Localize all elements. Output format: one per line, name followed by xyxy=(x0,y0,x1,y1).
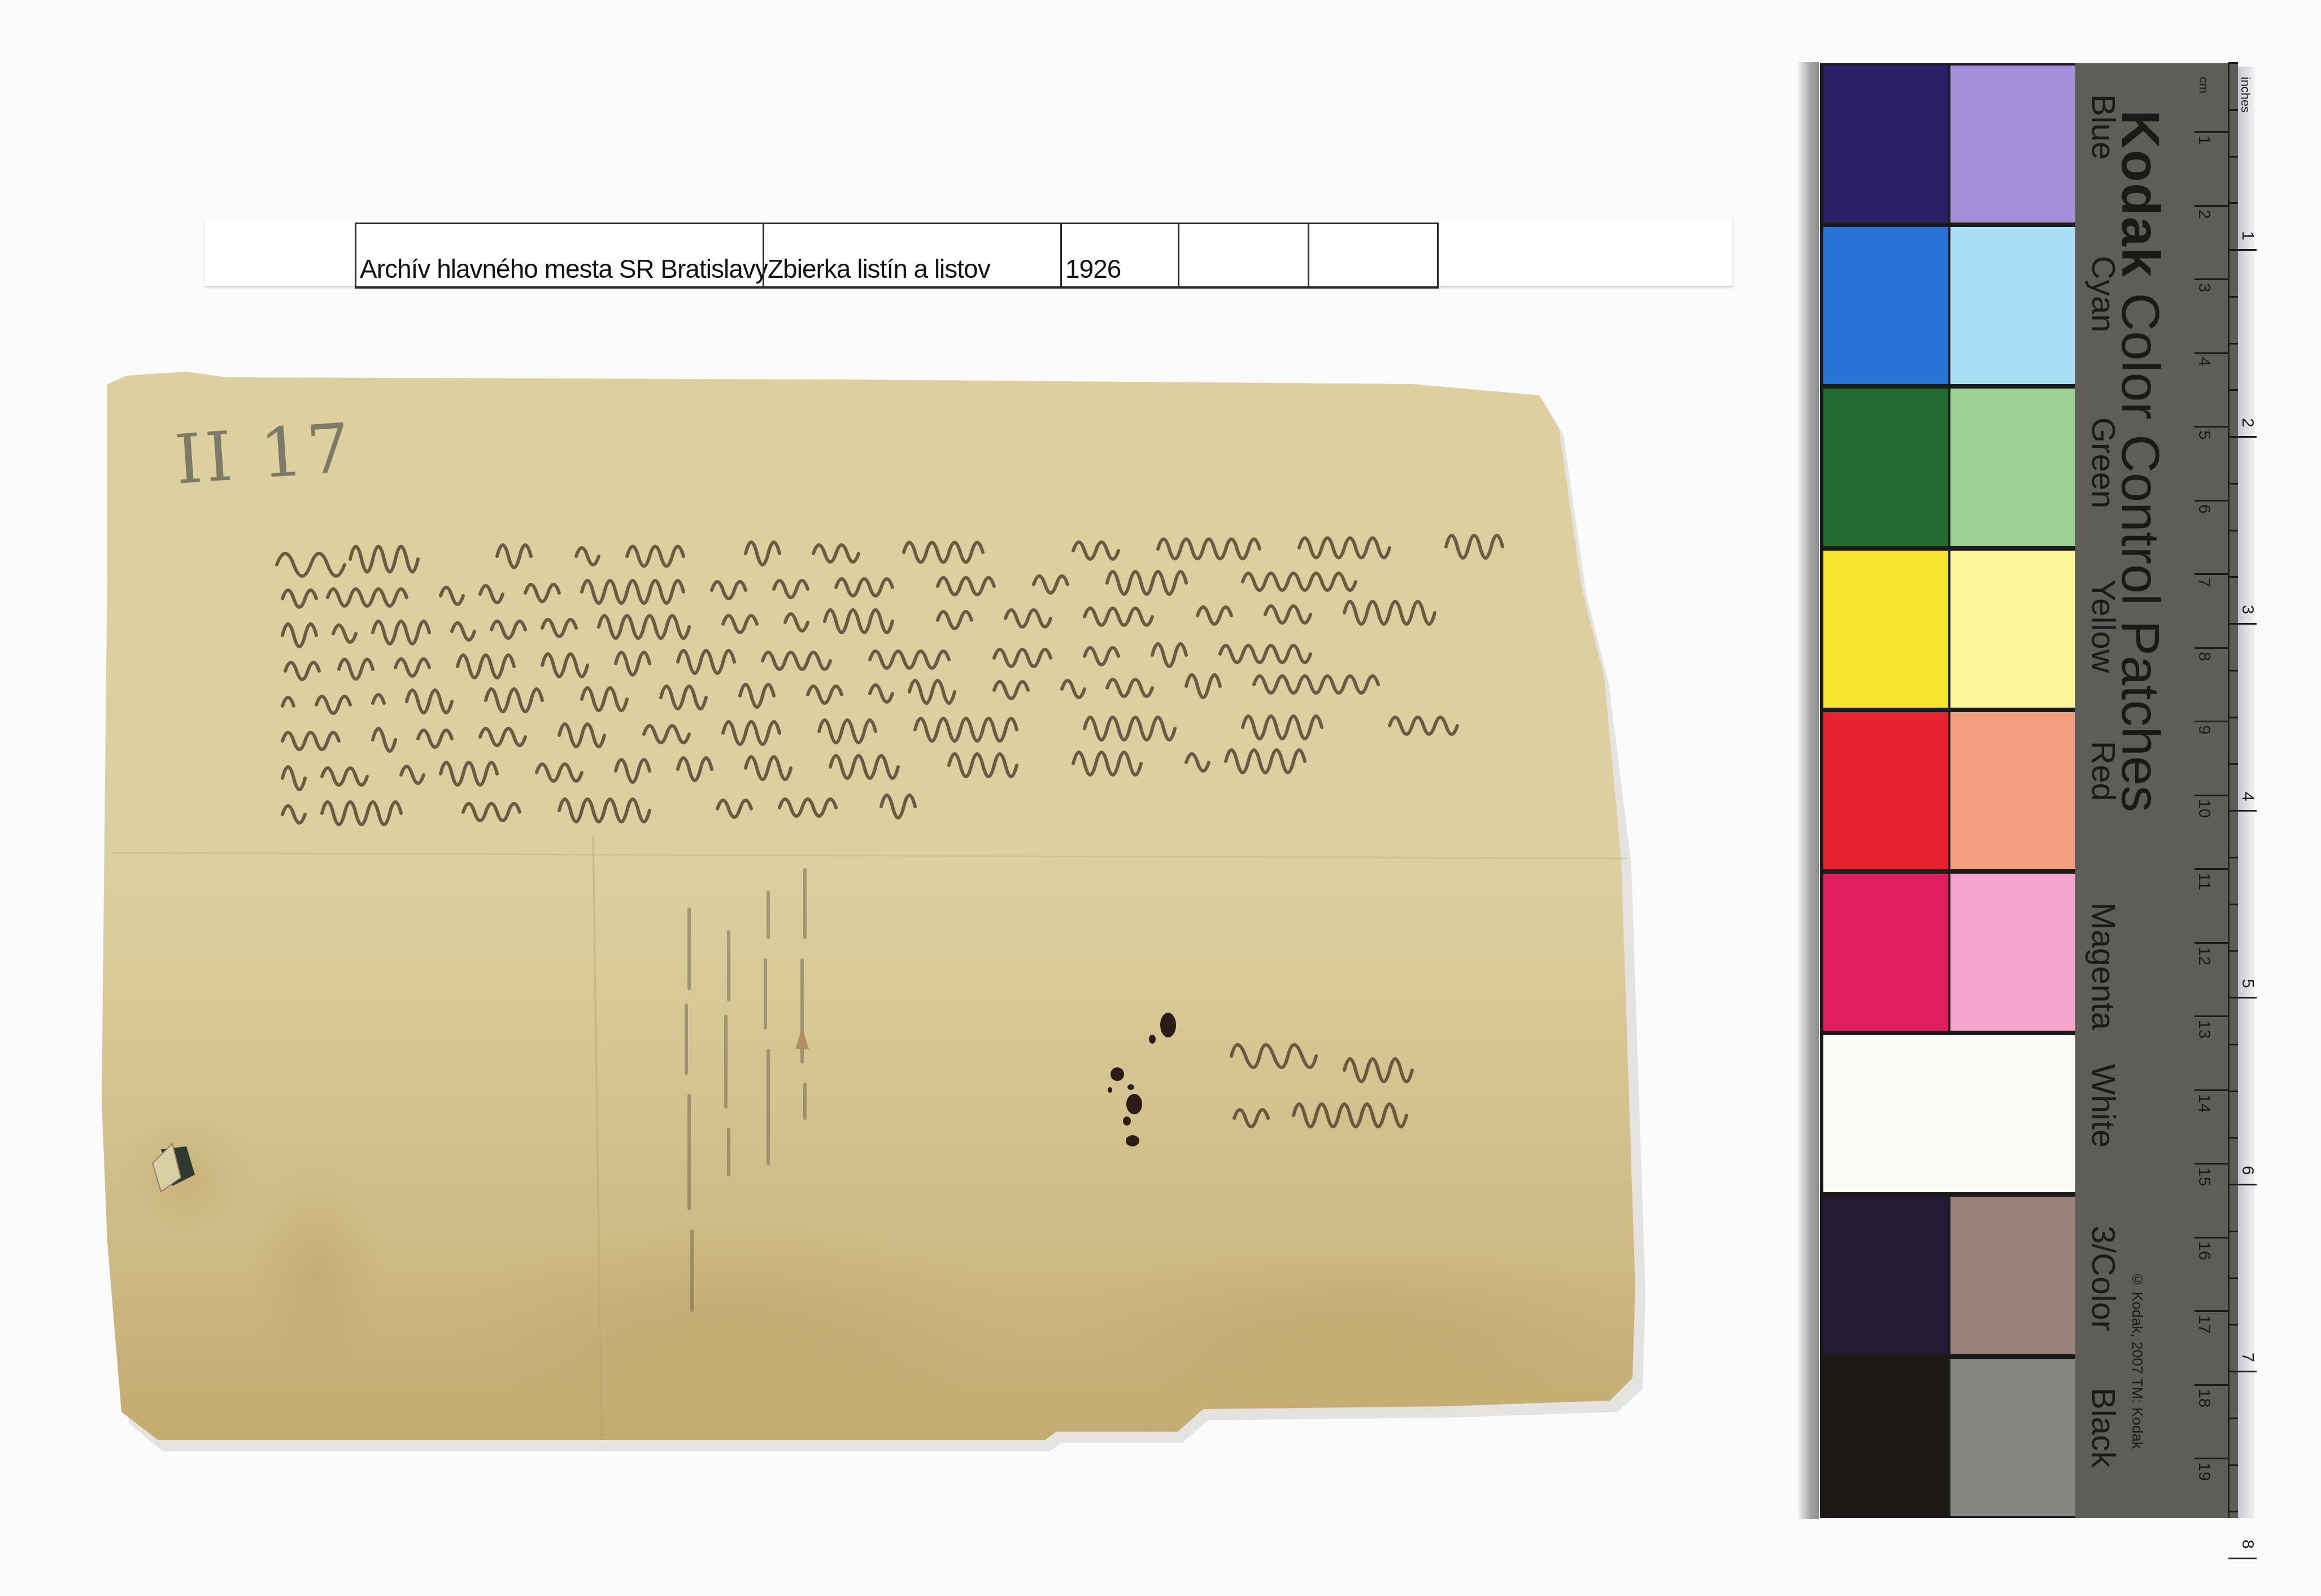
patch-label-green: Green xyxy=(2084,417,2122,508)
patch-black-dark xyxy=(1823,1359,1948,1516)
inch-minor-tick xyxy=(2228,1231,2238,1232)
cm-tick xyxy=(2194,795,2228,796)
cm-tick-label: 4 xyxy=(2194,357,2214,367)
patch-label-cyan: Cyan xyxy=(2084,256,2122,332)
inch-minor-tick xyxy=(2228,763,2238,765)
inch-tick xyxy=(2228,810,2257,812)
inch-minor-tick xyxy=(2228,1091,2238,1092)
cm-unit-label: cm xyxy=(2196,77,2211,93)
patch-red-light xyxy=(1950,712,2075,869)
inch-tick-label: 7 xyxy=(2238,1353,2257,1362)
shelfmark-label: II 17 xyxy=(173,409,356,500)
patch-cyan-dark xyxy=(1823,227,1948,384)
inch-tick xyxy=(2228,997,2257,998)
cm-tick xyxy=(2194,1458,2228,1459)
inch-tick-label: 1 xyxy=(2238,231,2257,241)
patch-blue-dark xyxy=(1823,66,1948,223)
patch-green-dark xyxy=(1823,389,1948,546)
cm-tick xyxy=(2194,868,2228,870)
inch-tick-label: 5 xyxy=(2238,979,2257,988)
inch-minor-tick xyxy=(2228,389,2238,391)
manuscript-line-6: werden ... willen ... vnd xyxy=(282,717,551,743)
signature-line-1: Fridrich Kepler xyxy=(1231,1034,1408,1059)
patch-3-color-light xyxy=(1950,1197,2075,1354)
patch-white xyxy=(1823,1035,2075,1192)
inch-tick xyxy=(2228,249,2257,251)
cm-tick xyxy=(2194,721,2228,722)
inch-minor-tick xyxy=(2228,1324,2238,1325)
patch-cyan-light xyxy=(1950,227,2075,384)
patch-label-yellow: Yellow xyxy=(2084,579,2122,673)
inch-minor-tick xyxy=(2228,1044,2238,1045)
inch-minor-tick xyxy=(2228,950,2238,952)
patch-label-3-color: 3/Color xyxy=(2084,1226,2122,1331)
patch-magenta-dark xyxy=(1823,874,1948,1031)
cm-tick-label: 18 xyxy=(2194,1389,2214,1407)
inch-minor-tick xyxy=(2228,483,2238,485)
color-card-shadow xyxy=(1796,62,1819,1519)
manuscript-line-3: das ... pressburg ... gewesen ist vnd ..… xyxy=(282,610,722,636)
inch-minor-tick xyxy=(2228,1464,2238,1466)
cm-tick-label: 15 xyxy=(2194,1167,2214,1186)
cm-tick xyxy=(2194,426,2228,428)
inch-minor-tick xyxy=(2228,1418,2238,1419)
manuscript-line-7: bit ... geben ... xyxy=(282,754,448,780)
manuscript-line-4: vnd ich ... selben ... lassen ... vnd ..… xyxy=(282,647,690,673)
cm-tick-label: 5 xyxy=(2194,430,2214,440)
inch-tick-label: 4 xyxy=(2238,792,2257,801)
inch-minor-tick xyxy=(2228,1137,2238,1139)
inch-minor-tick xyxy=(2228,670,2238,671)
manuscript-line-5: is wol ... lieben ... juden ... xyxy=(282,682,583,708)
inch-tick xyxy=(2228,623,2257,625)
copyright-text: © Kodak, 2007 TM: Kodak xyxy=(2128,1271,2146,1449)
inch-minor-tick xyxy=(2228,904,2238,905)
cm-tick-label: 10 xyxy=(2194,799,2214,818)
patch-3-color-dark xyxy=(1823,1197,1948,1354)
cm-tick-label: 11 xyxy=(2194,873,2214,890)
cm-tick xyxy=(2194,131,2228,133)
cm-tick-label: 3 xyxy=(2194,283,2214,293)
patch-label-red: Red xyxy=(2084,741,2122,801)
cm-tick-label: 19 xyxy=(2194,1462,2214,1481)
cm-tick xyxy=(2194,1015,2228,1017)
cm-tick xyxy=(2194,942,2228,944)
cm-tick-label: 9 xyxy=(2194,725,2214,735)
cm-tick xyxy=(2194,573,2228,575)
inch-minor-tick xyxy=(2228,202,2238,204)
cm-tick xyxy=(2194,205,2228,207)
inch-tick xyxy=(2228,1371,2257,1372)
patch-black-light xyxy=(1950,1359,2075,1516)
cm-tick-label: 16 xyxy=(2194,1241,2214,1260)
card-title: Color Control Patches xyxy=(2111,293,2170,812)
cm-tick xyxy=(2194,500,2228,502)
inch-tick-label: 6 xyxy=(2238,1166,2257,1175)
cm-tick xyxy=(2194,647,2228,649)
inch-minor-tick xyxy=(2228,156,2238,158)
inch-minor-tick xyxy=(2228,109,2238,111)
patch-red-dark xyxy=(1823,712,1948,869)
cm-tick xyxy=(2194,1384,2228,1386)
patch-yellow-dark xyxy=(1823,551,1948,708)
cm-tick-label: 6 xyxy=(2194,504,2214,514)
inch-tick xyxy=(2228,436,2257,438)
inch-minor-tick xyxy=(2228,530,2238,531)
inch-minor-tick xyxy=(2228,343,2238,345)
cm-tick-label: 7 xyxy=(2194,578,2214,587)
cm-tick-label: 13 xyxy=(2194,1020,2214,1039)
manuscript-line-8: am montag nach Valentini ... xyxy=(282,791,611,817)
inch-tick-label: 2 xyxy=(2238,418,2257,428)
inch-minor-tick xyxy=(2228,296,2238,298)
cm-tick xyxy=(2194,1237,2228,1239)
patch-blue-light xyxy=(1950,66,2075,223)
patch-green-light xyxy=(1950,389,2075,546)
inches-unit-label: inches xyxy=(2238,77,2253,113)
patch-label-black: Black xyxy=(2084,1388,2122,1468)
inch-minor-tick xyxy=(2228,1277,2238,1279)
inch-minor-tick xyxy=(2228,576,2238,578)
patch-label-blue: Blue xyxy=(2084,94,2122,160)
cm-tick xyxy=(2194,1163,2228,1165)
cm-tick-label: 17 xyxy=(2194,1315,2214,1333)
inch-minor-tick xyxy=(2228,857,2238,858)
cm-tick-label: 12 xyxy=(2194,947,2214,965)
inch-minor-tick xyxy=(2228,717,2238,718)
cm-tick xyxy=(2194,1089,2228,1091)
inch-tick xyxy=(2228,1558,2257,1559)
cm-tick xyxy=(2194,278,2228,280)
patch-yellow-light xyxy=(1950,551,2075,708)
inch-minor-tick xyxy=(2228,1511,2238,1512)
inch-minor-tick xyxy=(2228,62,2238,64)
ruler-axis-line xyxy=(2228,63,2229,1518)
cm-tick-label: 2 xyxy=(2194,210,2214,219)
inch-tick-label: 8 xyxy=(2238,1540,2257,1549)
cm-tick-label: 1 xyxy=(2194,136,2214,145)
patch-magenta-light xyxy=(1950,874,2075,1031)
signature-line-2: von Zwikaw xyxy=(1234,1096,1371,1122)
inch-tick xyxy=(2228,1184,2257,1185)
cm-tick xyxy=(2194,1310,2228,1312)
inch-tick-label: 3 xyxy=(2238,605,2257,614)
cm-tick xyxy=(2194,352,2228,354)
cm-tick-label: 14 xyxy=(2194,1094,2214,1113)
manuscript-line-2: ... noch ... schreybt ... xyxy=(282,573,530,599)
cm-tick-label: 8 xyxy=(2194,652,2214,661)
patch-label-white: White xyxy=(2084,1064,2122,1148)
manuscript-line-1: Ich Fridrich ... dinst ... lieben herr v… xyxy=(277,537,887,562)
patch-label-magenta: Magenta xyxy=(2084,902,2122,1030)
